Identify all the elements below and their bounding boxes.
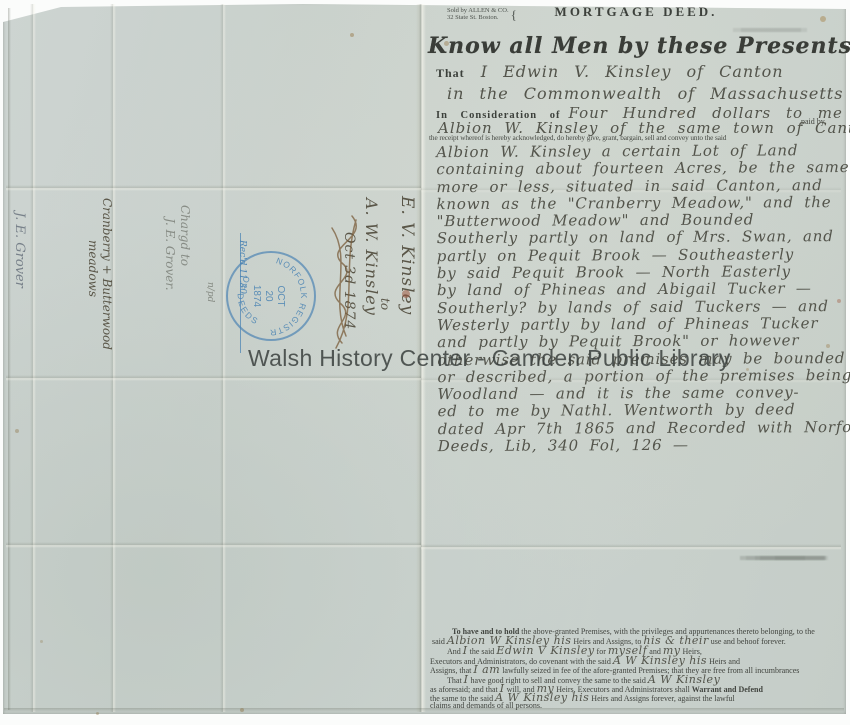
paper-left-edge — [8, 8, 11, 710]
stamp-month: OCT — [275, 285, 286, 306]
deed-body-line: Albion W. Kinsley a certain Lot of Land — [436, 141, 850, 161]
deed-body-line: containing about fourteen Acres, be the … — [436, 158, 850, 178]
deed-body-line: by said Pequit Brook — North Easterly — [437, 262, 850, 282]
docket-charged-line2: J. E. Grover. — [163, 218, 177, 291]
grantor-name-line: I Edwin V. Kinsley of Canton — [481, 62, 784, 81]
docket-owner-note: J. E. Grover — [12, 212, 27, 288]
registry-stamp: NORFOLK REGISTRY OF DEEDS OCT 20 1874 — [223, 248, 319, 344]
habendum-line-9: claims and demands of all persons. — [430, 701, 542, 710]
stain — [444, 41, 449, 46]
deed-body-line: more or less, situated in said Canton, a… — [436, 175, 850, 195]
fold-crease-vertical — [30, 4, 36, 712]
deed-body-line: by land of Phineas and Abigail Tucker — — [437, 279, 850, 299]
deed-heading: Know all Men by these Presents, — [428, 33, 844, 59]
stain — [820, 16, 826, 22]
stain — [350, 33, 354, 37]
stain — [40, 640, 43, 643]
docket-parcel-line2: meadows — [86, 240, 100, 297]
scanned-deed-page: Sold by ALLEN & CO. 32 State St. Boston.… — [0, 0, 850, 725]
stain — [15, 429, 19, 433]
deed-body-line: ed to me by Nathl. Wentworth by deed — [438, 400, 850, 420]
stain — [240, 708, 244, 712]
stain — [680, 112, 683, 115]
deed-body-line: known as the "Cranberry Meadow," and the — [436, 193, 850, 213]
docket-parcel-line1: Cranberry + Butterwood — [100, 198, 114, 350]
stain — [96, 712, 99, 715]
deed-body-line: Deeds, Lib, 340 Fol, 126 — — [438, 435, 850, 455]
archive-watermark: Walsh History Center - Camden Public Lib… — [248, 345, 731, 372]
deed-body-line: partly on Pequit Brook — Southeasterly — [437, 245, 850, 265]
fold-crease-horizontal — [6, 185, 421, 191]
deed-body-line: Southerly? by lands of said Tuckers — an… — [437, 297, 850, 317]
docket-charged-line1: Chargd to — [178, 205, 192, 266]
fold-crease-vertical — [110, 4, 116, 712]
stamp-year: 1874 — [251, 285, 262, 308]
document-title: MORTGAGE DEED. — [430, 4, 842, 20]
fold-crease-horizontal — [421, 544, 841, 550]
deed-body-line: Woodland — and it is the same convey- — [437, 383, 850, 403]
paper-bottom-edge — [4, 708, 844, 712]
opening-line-1: ThatI Edwin V. Kinsley of Canton — [436, 62, 784, 81]
docket-not-paid-note: n/pd — [205, 282, 215, 302]
recorder-signature-flourish — [312, 208, 370, 353]
deed-body-line: dated Apr 7th 1865 and Recorded with Nor… — [438, 418, 850, 438]
stain — [837, 299, 841, 303]
fold-crease-vertical — [220, 4, 226, 712]
habendum-text: use and behoof forever. — [709, 637, 786, 646]
stain — [746, 368, 749, 371]
habendum-text: said — [432, 637, 447, 646]
that-label: That — [436, 66, 465, 80]
stain — [826, 344, 830, 348]
stamp-day: 20 — [263, 290, 274, 302]
wax-stain — [402, 290, 410, 298]
deed-body-line: Westerly partly by land of Phineas Tucke… — [437, 314, 850, 334]
fold-crease-horizontal — [6, 375, 421, 381]
habendum-text: Heirs and Assigns forever, against the l… — [589, 694, 734, 703]
receipt-clause: the receipt whereof is hereby acknowledg… — [429, 133, 726, 142]
deed-body-line: "Butterwood Meadow" and Bounded — [437, 210, 850, 230]
opening-line-2: in the Commonwealth of Massachusetts — [447, 84, 843, 103]
deed-body-line: Southerly partly on land of Mrs. Swan, a… — [437, 227, 850, 247]
fold-crease-horizontal — [6, 542, 421, 548]
deed-body: Albion W. Kinsley a certain Lot of Land … — [436, 141, 850, 455]
